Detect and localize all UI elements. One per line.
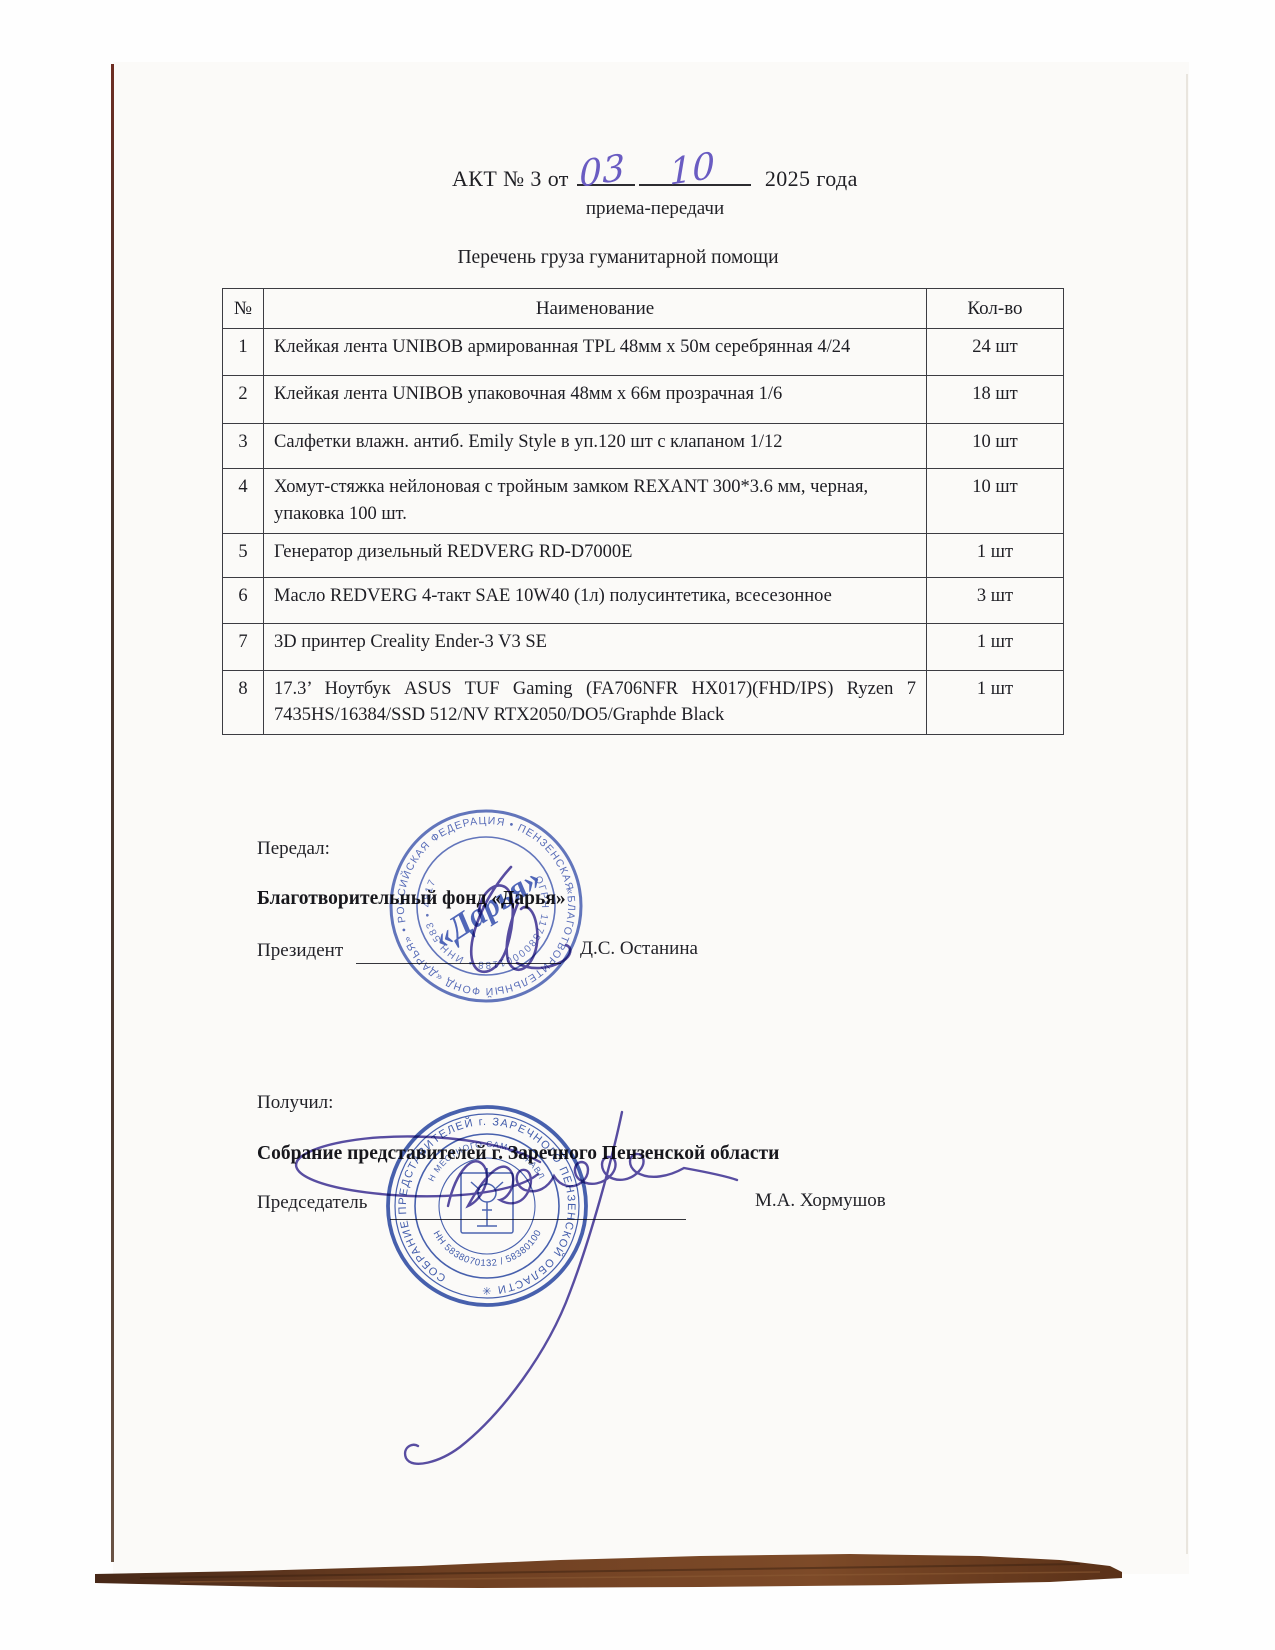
signature-long-stroke <box>405 1112 622 1464</box>
table-row: 1 Клейкая лента UNIBOB армированная TPL … <box>223 329 1064 376</box>
col-qty: Кол-во <box>927 289 1064 329</box>
cargo-list-caption: Перечень груза гуманитарной помощи <box>318 247 918 269</box>
cargo-table: № Наименование Кол-во 1 Клейкая лента UN… <box>222 288 1064 735</box>
col-number: № <box>223 289 264 329</box>
table-row: 2 Клейкая лента UNIBOB упаковочная 48мм … <box>223 376 1064 424</box>
handwritten-day: 03 <box>579 147 626 196</box>
table-row: 7 3D принтер Creality Ender-3 V3 SE 1 шт <box>223 623 1064 670</box>
transfer-position: Президент <box>257 940 343 962</box>
document-subtitle: приема-передачи <box>452 198 858 220</box>
signature-khormushov <box>260 1000 1060 1520</box>
table-row: 8 17.3’ Ноутбук ASUS TUF Gaming (FA706NF… <box>223 670 1064 735</box>
col-name: Наименование <box>264 289 927 329</box>
handwritten-month: 10 <box>669 145 716 194</box>
signature-ostanina <box>415 845 585 995</box>
signature-name-squiggle <box>448 1154 737 1206</box>
table-row: 3 Салфетки влажн. антиб. Emily Style в у… <box>223 424 1064 469</box>
document-title: АКТ № 3 от03102025 года <box>452 160 858 192</box>
desk-edge-strip <box>80 1548 1150 1596</box>
transfer-person: Д.С. Останина <box>580 938 698 960</box>
title-suffix: 2025 года <box>765 166 858 191</box>
table-row: 6 Масло REDVERG 4-такт SAE 10W40 (1л) по… <box>223 577 1064 623</box>
title-prefix: АКТ № 3 от <box>452 166 569 191</box>
date-month-blank: 10 <box>639 160 751 186</box>
transfer-label: Передал: <box>257 838 330 860</box>
page-left-edge-shadow <box>111 64 114 1562</box>
date-day-blank: 03 <box>577 160 635 186</box>
table-header-row: № Наименование Кол-во <box>223 289 1064 329</box>
table-row: 5 Генератор дизельный REDVERG RD-D7000E … <box>223 533 1064 577</box>
table-row: 4 Хомут-стяжка нейлоновая с тройным замк… <box>223 469 1064 534</box>
page-right-edge-shadow <box>1186 74 1188 1554</box>
